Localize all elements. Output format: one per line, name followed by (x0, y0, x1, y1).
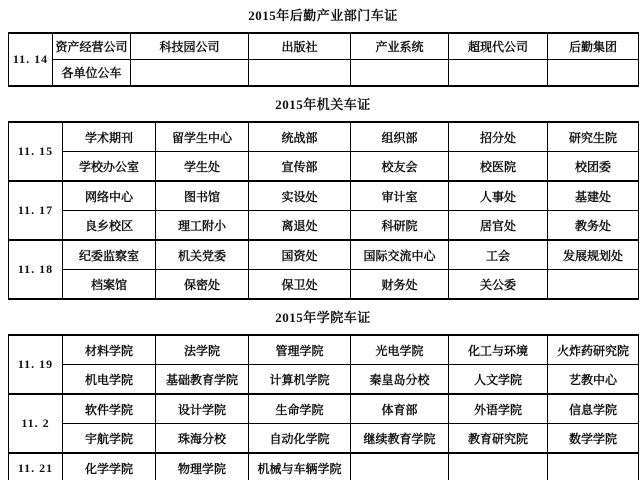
unit-cell: 理工附小 (156, 211, 249, 241)
unit-cell: 继续教育学院 (351, 424, 449, 454)
unit-cell: 发展规划处 (548, 240, 639, 270)
date-cell: 11. 17 (9, 181, 63, 240)
table-row: 机电学院基础教育学院计算机学院秦皇岛分校人文学院艺教中心 (9, 365, 639, 395)
unit-cell: 离退处 (249, 211, 351, 241)
unit-cell: 人事处 (449, 181, 548, 211)
unit-cell: 后勤集团 (548, 33, 639, 60)
date-cell: 11. 21 (9, 453, 63, 480)
empty-cell (548, 453, 639, 480)
empty-cell (351, 60, 449, 87)
unit-cell: 留学生中心 (156, 122, 249, 152)
unit-cell: 校医院 (449, 152, 548, 182)
unit-cell: 秦皇岛分校 (351, 365, 449, 395)
unit-cell: 各单位公车 (53, 60, 131, 87)
unit-cell: 设计学院 (156, 394, 249, 424)
empty-cell (548, 270, 639, 300)
table-row: 宇航学院珠海分校自动化学院继续教育学院教育研究院数学学院 (9, 424, 639, 454)
unit-cell: 机电学院 (63, 365, 156, 395)
section-title: 2015年后勤产业部门车证 (8, 7, 638, 25)
section: 2015年后勤产业部门车证11. 14资产经营公司科技园公司出版社产业系统超现代… (8, 7, 640, 87)
vehicle-pass-schedule-page: 2015年后勤产业部门车证11. 14资产经营公司科技园公司出版社产业系统超现代… (0, 0, 640, 480)
unit-cell: 火炸药研究院 (548, 335, 639, 365)
date-cell: 11. 19 (9, 335, 63, 394)
unit-cell: 审计室 (351, 181, 449, 211)
table-row: 良乡校区理工附小离退处科研院居官处教务处 (9, 211, 639, 241)
unit-cell: 招分处 (449, 122, 548, 152)
unit-cell: 信息学院 (548, 394, 639, 424)
unit-cell: 科技园公司 (131, 33, 249, 60)
unit-cell: 数学学院 (548, 424, 639, 454)
unit-cell: 珠海分校 (156, 424, 249, 454)
unit-cell: 资产经营公司 (53, 33, 131, 60)
unit-cell: 保密处 (156, 270, 249, 300)
table-row: 档案馆保密处保卫处财务处关公委 (9, 270, 639, 300)
unit-cell: 纪委监察室 (63, 240, 156, 270)
unit-cell: 化工与环境 (449, 335, 548, 365)
unit-cell: 关公委 (449, 270, 548, 300)
unit-cell: 宣传部 (249, 152, 351, 182)
unit-cell: 网络中心 (63, 181, 156, 211)
unit-cell: 管理学院 (249, 335, 351, 365)
unit-cell: 宇航学院 (63, 424, 156, 454)
unit-cell: 校友会 (351, 152, 449, 182)
date-cell: 11. 14 (9, 33, 53, 86)
unit-cell: 法学院 (156, 335, 249, 365)
unit-cell: 学生处 (156, 152, 249, 182)
unit-cell: 实设处 (249, 181, 351, 211)
unit-cell: 机械与车辆学院 (249, 453, 351, 480)
unit-cell: 保卫处 (249, 270, 351, 300)
unit-cell: 工会 (449, 240, 548, 270)
unit-cell: 艺教中心 (548, 365, 639, 395)
unit-cell: 学术期刊 (63, 122, 156, 152)
unit-cell: 超现代公司 (449, 33, 548, 60)
date-cell: 11. 2 (9, 394, 63, 453)
vehicle-pass-table: 11. 15学术期刊留学生中心统战部组织部招分处研究生院学校办公室学生处宣传部校… (8, 121, 639, 300)
unit-cell: 居官处 (449, 211, 548, 241)
section-title: 2015年机关车证 (8, 96, 638, 114)
unit-cell: 基建处 (548, 181, 639, 211)
empty-cell (249, 60, 351, 87)
unit-cell: 组织部 (351, 122, 449, 152)
section-title: 2015年学院车证 (8, 309, 638, 327)
table-row: 各单位公车 (9, 60, 639, 87)
unit-cell: 国际交流中心 (351, 240, 449, 270)
unit-cell: 教务处 (548, 211, 639, 241)
sections-container: 2015年后勤产业部门车证11. 14资产经营公司科技园公司出版社产业系统超现代… (8, 7, 640, 480)
unit-cell: 学校办公室 (63, 152, 156, 182)
table-row: 11. 21化学学院物理学院机械与车辆学院 (9, 453, 639, 480)
table-row: 11. 2软件学院设计学院生命学院体育部外语学院信息学院 (9, 394, 639, 424)
unit-cell: 统战部 (249, 122, 351, 152)
unit-cell: 基础教育学院 (156, 365, 249, 395)
table-row: 11. 19材料学院法学院管理学院光电学院化工与环境火炸药研究院 (9, 335, 639, 365)
empty-cell (131, 60, 249, 87)
table-row: 11. 17网络中心图书馆实设处审计室人事处基建处 (9, 181, 639, 211)
unit-cell: 图书馆 (156, 181, 249, 211)
section: 2015年机关车证11. 15学术期刊留学生中心统战部组织部招分处研究生院学校办… (8, 96, 640, 300)
table-row: 11. 18纪委监察室机关党委国资处国际交流中心工会发展规划处 (9, 240, 639, 270)
vehicle-pass-table: 11. 14资产经营公司科技园公司出版社产业系统超现代公司后勤集团各单位公车 (8, 32, 639, 87)
table-row: 11. 14资产经营公司科技园公司出版社产业系统超现代公司后勤集团 (9, 33, 639, 60)
unit-cell: 物理学院 (156, 453, 249, 480)
date-cell: 11. 18 (9, 240, 63, 299)
unit-cell: 产业系统 (351, 33, 449, 60)
unit-cell: 科研院 (351, 211, 449, 241)
section: 2015年学院车证11. 19材料学院法学院管理学院光电学院化工与环境火炸药研究… (8, 309, 640, 480)
unit-cell: 研究生院 (548, 122, 639, 152)
table-row: 学校办公室学生处宣传部校友会校医院校团委 (9, 152, 639, 182)
empty-cell (548, 60, 639, 87)
unit-cell: 生命学院 (249, 394, 351, 424)
unit-cell: 校团委 (548, 152, 639, 182)
unit-cell: 化学学院 (63, 453, 156, 480)
unit-cell: 国资处 (249, 240, 351, 270)
unit-cell: 体育部 (351, 394, 449, 424)
unit-cell: 人文学院 (449, 365, 548, 395)
unit-cell: 光电学院 (351, 335, 449, 365)
empty-cell (449, 453, 548, 480)
empty-cell (449, 60, 548, 87)
unit-cell: 教育研究院 (449, 424, 548, 454)
unit-cell: 财务处 (351, 270, 449, 300)
date-cell: 11. 15 (9, 122, 63, 181)
unit-cell: 软件学院 (63, 394, 156, 424)
unit-cell: 机关党委 (156, 240, 249, 270)
table-row: 11. 15学术期刊留学生中心统战部组织部招分处研究生院 (9, 122, 639, 152)
unit-cell: 计算机学院 (249, 365, 351, 395)
unit-cell: 出版社 (249, 33, 351, 60)
vehicle-pass-table: 11. 19材料学院法学院管理学院光电学院化工与环境火炸药研究院机电学院基础教育… (8, 334, 639, 480)
unit-cell: 自动化学院 (249, 424, 351, 454)
unit-cell: 档案馆 (63, 270, 156, 300)
unit-cell: 外语学院 (449, 394, 548, 424)
unit-cell: 材料学院 (63, 335, 156, 365)
unit-cell: 良乡校区 (63, 211, 156, 241)
empty-cell (351, 453, 449, 480)
